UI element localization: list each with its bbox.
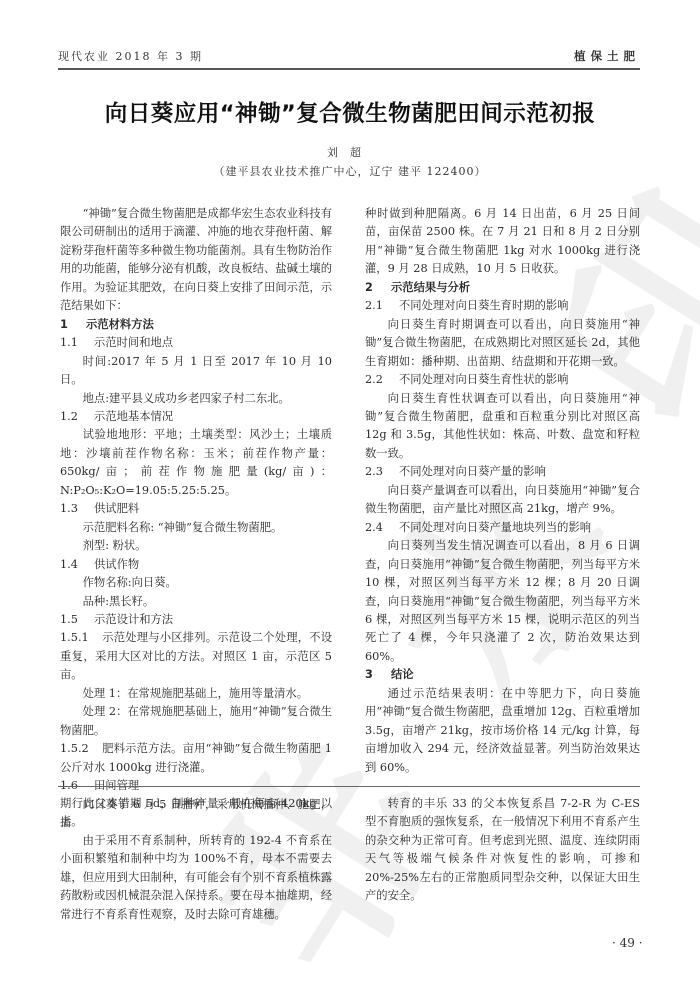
- article-title: 向日葵应用“神锄”复合微生物菌肥田间示范初报: [0, 96, 700, 128]
- running-head: 现代农业 2018 年 3 期 植保土肥: [58, 48, 640, 70]
- paragraph: 时间:2017 年 5 月 1 日至 2017 年 10 月 10 日。: [60, 353, 332, 390]
- subsection-heading: 1.2示范地基本情况: [60, 408, 332, 426]
- paragraph: 期行比父本错期 5d，制种产量一般在每亩 420kg 以上。: [60, 795, 332, 832]
- author: 刘超: [0, 144, 700, 160]
- subsection-heading: 1.3供试肥料: [60, 500, 332, 518]
- paragraph: 由于采用不育系制种，所转育的 192-4 不育系在小面积繁殖和制种中均为 100…: [60, 832, 332, 924]
- left-column: “神锄”复合微生物菌肥是成都华宏生态农业科技有限公司研制出的适用于滴灌、冲施的地…: [60, 205, 332, 832]
- paragraph: 品种:黑长籽。: [60, 593, 332, 611]
- paragraph: 处理 2：在常规施肥基础上，施用“神锄”复合微生物菌肥。: [60, 703, 332, 740]
- section-label: 植保土肥: [574, 48, 640, 64]
- paragraph: 试验地地形：平地；土壤类型：风沙土；土壤质地：沙壤前茬作物名称：玉米；前茬作物产…: [60, 426, 332, 500]
- bottom-right-column: 转育的丰乐 33 的父本恢复系昌 7-2-R 为 C-ES 型不育胞质的强恢复系…: [365, 795, 640, 906]
- subsection-heading: 2.1不同处理对向日葵生育时期的影响: [365, 297, 640, 315]
- paragraph: 处理 1：在常规施肥基础上，施用等量清水。: [60, 685, 332, 703]
- paragraph: 向日葵生育性状调查可以看出，向日葵施用“神锄”复合微生物菌肥，盘重和百粒重分别比…: [365, 390, 640, 464]
- paragraph: 向日葵列当发生情况调查可以看出，8 月 6 日调查，向日葵施用“神锄”复合微生物…: [365, 537, 640, 666]
- paragraph: 示范肥料名称: “神锄”复合微生物菌肥。: [60, 519, 332, 537]
- subsubsection-paragraph: 1.5.1示范处理与小区排列。示范设二个处理，不设重复，采用大区对比的方法。对照…: [60, 629, 332, 684]
- affiliation: （建平县农业技术推广中心，辽宁 建平 122400）: [0, 163, 700, 179]
- right-column: 种时做到种肥隔离。6 月 14 日出苗，6 月 25 日间苗，亩保苗 2500 …: [365, 205, 640, 777]
- page-number: · 49 ·: [612, 936, 643, 950]
- subsection-heading: 2.4不同处理对向日葵产量地块列当的影响: [365, 519, 640, 537]
- paragraph: 作物名称:向日葵。: [60, 574, 332, 592]
- article-divider: [58, 786, 640, 787]
- journal-issue: 现代农业 2018 年 3 期: [58, 48, 203, 64]
- paragraph: 种时做到种肥隔离。6 月 14 日出苗，6 月 25 日间苗，亩保苗 2500 …: [365, 205, 640, 279]
- subsubsection-paragraph: 1.5.2肥料示范方法。亩用“神锄”复合微生物菌肥 1 公斤对水 1000kg …: [60, 740, 332, 777]
- paragraph: 转育的丰乐 33 的父本恢复系昌 7-2-R 为 C-ES 型不育胞质的强恢复系…: [365, 795, 640, 906]
- paragraph: 地点:建平县义成功乡老四家子村二东北。: [60, 390, 332, 408]
- section-heading: 2示范结果与分析: [365, 279, 640, 297]
- subsection-heading: 2.3不同处理对向日葵产量的影响: [365, 463, 640, 481]
- section-heading: 3结论: [365, 666, 640, 684]
- subsection-heading: 2.2不同处理对向日葵生育性状的影响: [365, 371, 640, 389]
- subsection-heading: 1.5示范设计和方法: [60, 611, 332, 629]
- paragraph: 剂型: 粉状。: [60, 537, 332, 555]
- intro-paragraph: “神锄”复合微生物菌肥是成都华宏生态农业科技有限公司研制出的适用于滴灌、冲施的地…: [60, 205, 332, 316]
- paragraph: 向日葵生育时期调查可以看出，向日葵施用“神锄”复合微生物菌肥，在成熟期比对照区延…: [365, 316, 640, 371]
- subsection-heading: 1.1示范时间和地点: [60, 334, 332, 352]
- paragraph: 向日葵产量调查可以看出，向日葵施用“神锄”复合微生物菌肥，亩产量比对照区高 21…: [365, 482, 640, 519]
- bottom-left-column: 期行比父本错期 5d，制种产量一般在每亩 420kg 以上。 由于采用不育系制种…: [60, 795, 332, 924]
- section-heading: 1示范材料方法: [60, 316, 332, 334]
- subsection-heading: 1.4供试作物: [60, 556, 332, 574]
- paragraph: 通过示范结果表明：在中等肥力下，向日葵施用“神锄”复合微生物菌肥，盘重增加 12…: [365, 685, 640, 777]
